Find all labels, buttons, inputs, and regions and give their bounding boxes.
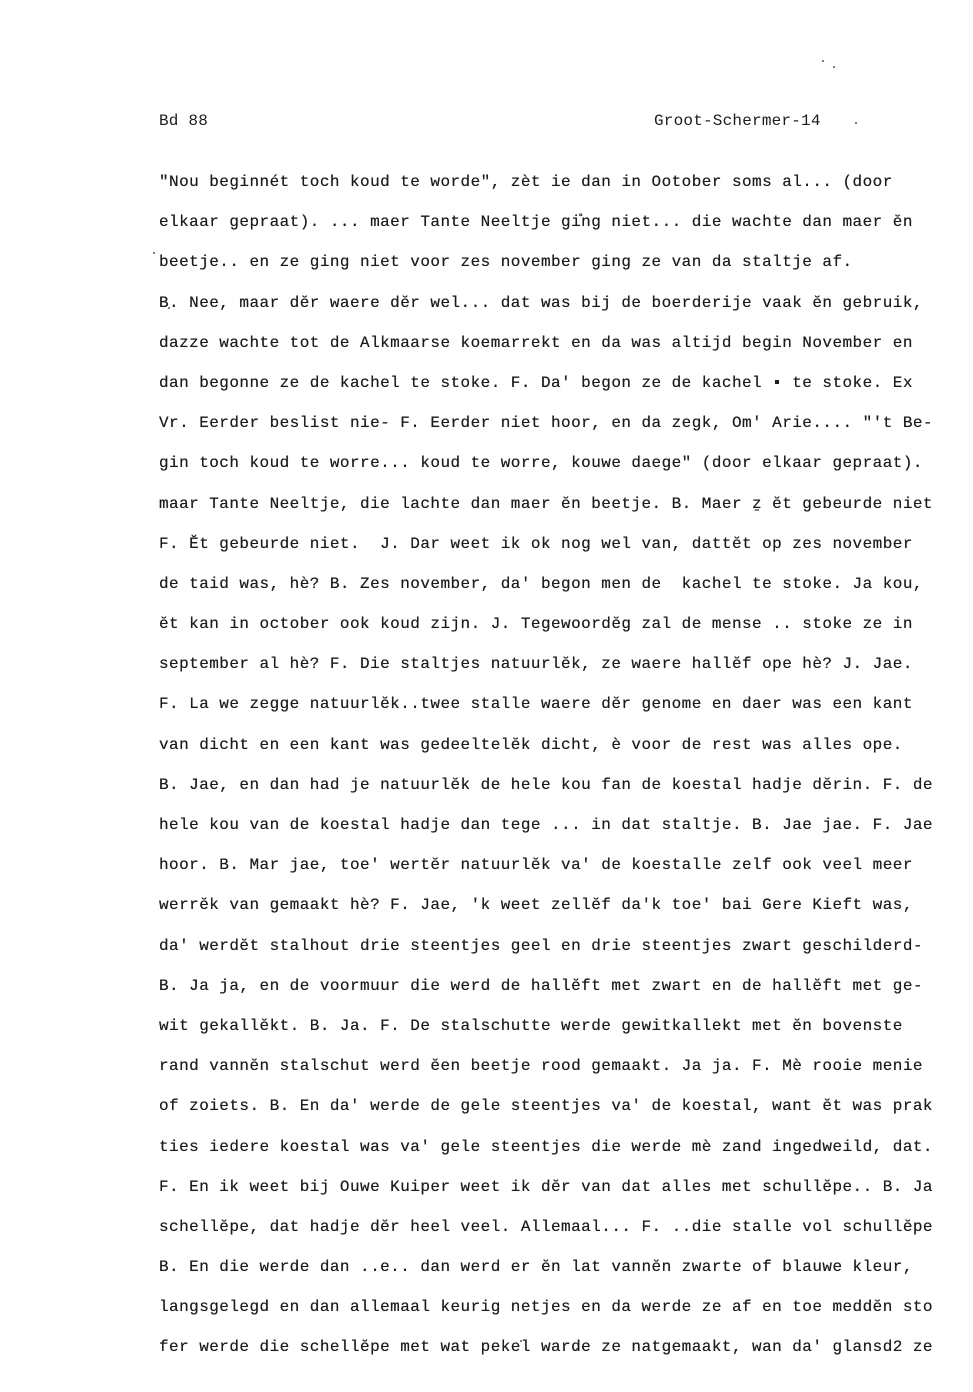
text-line: F. Ĕt gebeurde niet. J. Dar weet ik ok n… [159, 532, 973, 572]
text-line: "Nou beginnét toch koud te worde", zèt i… [159, 170, 973, 210]
text-line: september al hè? F. Die staltjes natuurl… [159, 652, 973, 692]
text-line: B. Nee, maar dĕr waere dĕr wel... dat wa… [159, 291, 973, 331]
transcript-reference: Groot-Schermer-14 [654, 112, 821, 130]
volume-page-number: Bd 88 [159, 112, 208, 130]
text-line: gin toch koud te worre... koud te worre,… [159, 451, 973, 491]
text-line: B. Ja ja, en de voormuur die werd de hal… [159, 974, 973, 1014]
scan-speck [520, 1340, 522, 1342]
text-line: maar Tante Neeltje, die lachte dan maer … [159, 492, 973, 532]
text-line: B. En die werde dan ..e.. dan werd er ĕn… [159, 1255, 973, 1295]
text-line: hoor. B. Mar jae, toe' wertĕr natuurlĕk … [159, 853, 973, 893]
scan-speck [168, 307, 170, 309]
text-line: ĕt kan in october ook koud zijn. J. Tege… [159, 612, 973, 652]
text-line: F. La we zegge natuurlĕk..twee stalle wa… [159, 692, 973, 732]
text-line: F. En ik weet bij Ouwe Kuiper weet ik dĕ… [159, 1175, 973, 1215]
text-line: dazze wachte tot de Alkmaarse koemarrekt… [159, 331, 973, 371]
text-line: dan begonne ze de kachel te stoke. F. Da… [159, 371, 973, 411]
scan-speck [153, 252, 155, 254]
text-line: ties iedere koestal was va' gele steentj… [159, 1135, 973, 1175]
text-line: werrĕk van gemaakt hè? F. Jae, 'k weet z… [159, 893, 973, 933]
text-line: B. Jae, en dan had je natuurlĕk de hele … [159, 773, 973, 813]
text-line: rand vannĕn stalschut werd ĕen beetje ro… [159, 1054, 973, 1094]
text-line: schellĕpe, dat hadje dĕr heel veel. Alle… [159, 1215, 973, 1255]
text-line: da' werdĕt stalhout drie steentjes geel … [159, 934, 973, 974]
text-line: beetje.. en ze ging niet voor zes novemb… [159, 250, 973, 290]
text-line: van dicht en een kant was gedeeltelĕk di… [159, 733, 973, 773]
scan-speck [576, 1348, 578, 1350]
text-line: fer werde die schellĕpe met wat pekel wa… [159, 1335, 973, 1375]
text-line: de taid was, hè? B. Zes november, da' be… [159, 572, 973, 612]
transcript-body: "Nou beginnét toch koud te worde", zèt i… [159, 170, 973, 1376]
typewritten-page: Bd 88 Groot-Schermer-14 "Nou beginnét to… [0, 0, 973, 1392]
text-line: hele kou van de koestal hadje dan tege .… [159, 813, 973, 853]
scan-speck [833, 66, 835, 68]
text-line: elkaar gepraat). ... maer Tante Neeltje … [159, 210, 973, 250]
text-line: wit gekallĕkt. B. Ja. F. De stalschutte … [159, 1014, 973, 1054]
scan-speck [822, 60, 824, 62]
scan-speck [855, 122, 857, 124]
text-line: langsgelegd en dan allemaal keurig netje… [159, 1295, 973, 1335]
text-line: of zoiets. B. En da' werde de gele steen… [159, 1094, 973, 1134]
text-line: Vr. Eerder beslist nie- F. Eerder niet h… [159, 411, 973, 451]
